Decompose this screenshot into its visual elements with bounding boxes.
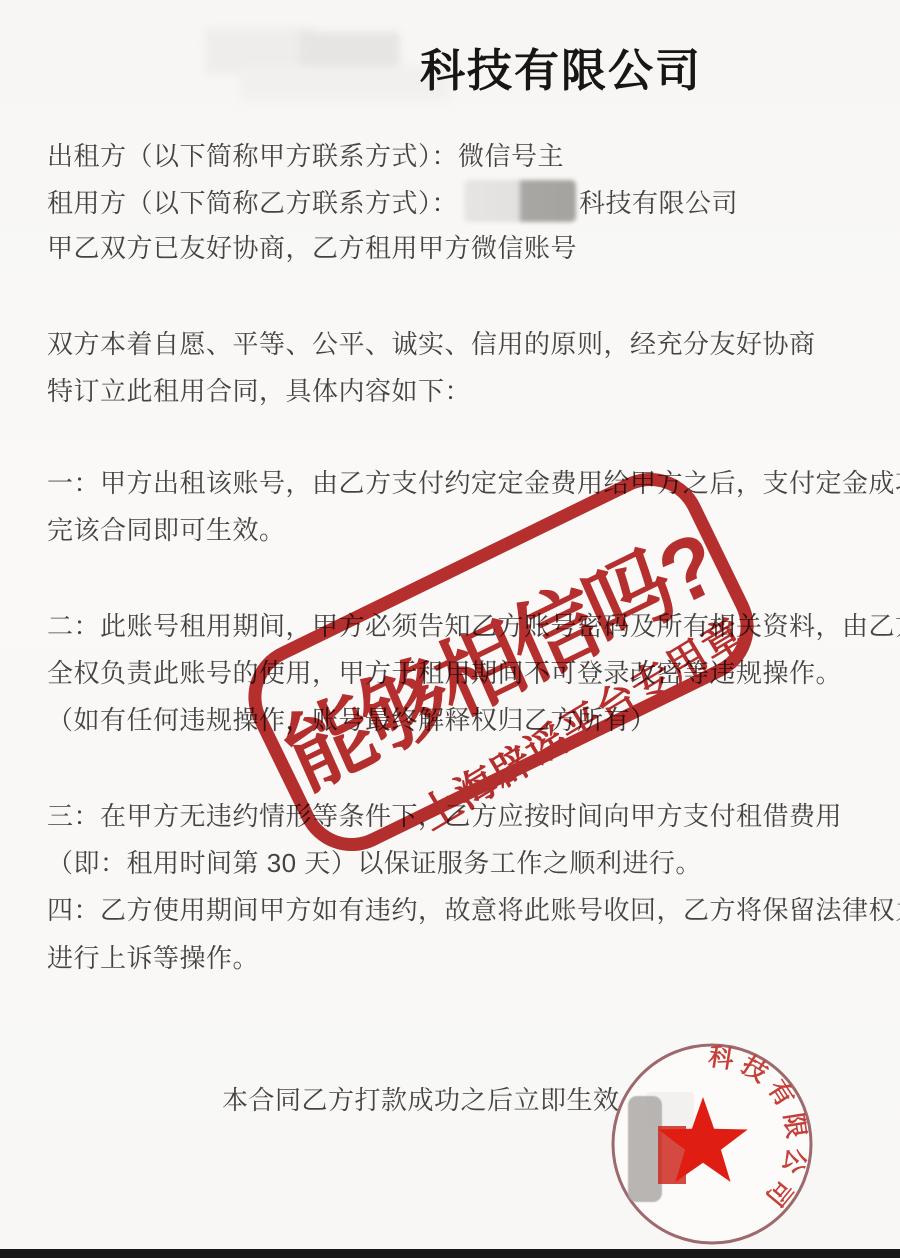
party-b-company: 科技有限公司: [579, 183, 738, 220]
company-seal-graphic: 科技有限公司: [608, 1040, 816, 1248]
party-b-label: 租用方（以下简称乙方联系方式）：: [47, 183, 458, 220]
effectiveness-text: 本合同乙方打款成功之后立即生效: [222, 1080, 620, 1117]
clause-4-text-2: 进行上诉等操作。: [47, 938, 259, 975]
preamble-line-2: 特订立此租用合同，具体内容如下：: [47, 371, 471, 408]
preamble-text-1: 双方本着自愿、平等、公平、诚实、信用的原则，经充分友好协商: [47, 324, 816, 361]
redacted-title-blur: [240, 66, 450, 100]
clause-4-text-1: 四：乙方使用期间甲方如有违约，故意将此账号收回，乙方将保留法律权力: [47, 890, 900, 927]
clause-3-line-2: （即：租用时间第 30 天）以保证服务工作之顺利进行。: [47, 843, 702, 880]
agreement-intro-line: 甲乙双方已友好协商，乙方租用甲方微信账号: [47, 228, 577, 265]
clause-1-line-2: 完该合同即可生效。: [47, 510, 286, 547]
clause-1-line-1: 一：甲方出租该账号，由乙方支付约定定金费用给甲方之后，支付定金成功: [47, 463, 900, 500]
clause-3-text-2: （即：租用时间第 30 天）以保证服务工作之顺利进行。: [47, 843, 702, 880]
effectiveness-note: 本合同乙方打款成功之后立即生效: [222, 1080, 620, 1117]
document-title: 科技有限公司: [420, 34, 702, 99]
clause-1-text-1: 一：甲方出租该账号，由乙方支付约定定金费用给甲方之后，支付定金成功: [47, 463, 900, 500]
contract-photo-page: 科技有限公司 出租方（以下简称甲方联系方式）：微信号主 租用方（以下简称乙方联系…: [0, 0, 900, 1258]
clause-4-line-1: 四：乙方使用期间甲方如有违约，故意将此账号收回，乙方将保留法律权力: [47, 890, 900, 927]
photo-bottom-edge: [0, 1249, 900, 1258]
party-a-text: 出租方（以下简称甲方联系方式）：微信号主: [47, 136, 564, 173]
agreement-intro-text: 甲乙双方已友好协商，乙方租用甲方微信账号: [47, 228, 577, 265]
seal-redaction-gray: [628, 1096, 662, 1202]
company-seal: 科技有限公司: [608, 1040, 816, 1248]
preamble-text-2: 特订立此租用合同，具体内容如下：: [47, 371, 471, 408]
clause-4-line-2: 进行上诉等操作。: [47, 938, 259, 975]
preamble-line-1: 双方本着自愿、平等、公平、诚实、信用的原则，经充分友好协商: [47, 324, 816, 361]
party-b-line: 租用方（以下简称乙方联系方式）： 科技有限公司: [47, 180, 738, 222]
party-a-line: 出租方（以下简称甲方联系方式）：微信号主: [47, 136, 564, 173]
clause-1-text-2: 完该合同即可生效。: [47, 510, 286, 547]
redacted-company-name: [464, 180, 576, 222]
